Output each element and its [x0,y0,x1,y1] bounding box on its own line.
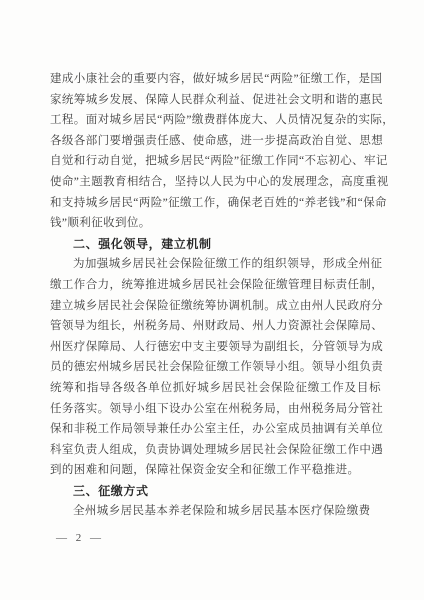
text-line: 自觉和行动自觉，把城乡居民“两险”征缴工作同“不忘初心、牢记 [50,151,381,172]
document-body: 建成小康社会的重要内容，做好城乡居民“两险”征缴工作，是国 家统筹城乡发展、保障… [50,69,381,522]
text-line: 使命”主题教育相结合，坚持以人民为中心的发展理念，高度重视 [50,172,381,193]
text-line: 建立城乡居民社会保险征缴统筹协调机制。成立由州人民政府分 [50,296,381,317]
page-number: — 2 — [56,531,104,545]
text-line: 为加强城乡居民社会保险征缴工作的组织领导，形成全州征 [50,254,381,275]
text-line: 保和非税工作局领导兼任办公室主任，办公室成员抽调有关单位 [50,419,381,440]
text-line: 全州城乡居民基本养老保险和城乡居民基本医疗保险缴费 [50,501,381,522]
text-line: 科室负责人组成，负责协调处理城乡居民社会保险征缴工作中遇 [50,440,381,461]
text-line: 任务落实。领导小组下设办公室在州税务局，由州税务局分管社 [50,399,381,420]
document-page: 建成小康社会的重要内容，做好城乡居民“两险”征缴工作，是国 家统筹城乡发展、保障… [0,0,424,600]
text-line: 各级各部门要增强责任感、使命感，进一步提高政治自觉、思想 [50,131,381,152]
text-line: 管领导为组长，州税务局、州财政局、州人力资源社会保障局、 [50,316,381,337]
text-line: 和支持城乡居民“两险”征缴工作，确保老百姓的“养老钱”和“保命 [50,193,381,214]
text-line: 统筹和指导各级各单位抓好城乡居民社会保险征缴工作及目标 [50,378,381,399]
text-line: 建成小康社会的重要内容，做好城乡居民“两险”征缴工作，是国 [50,69,381,90]
section-heading-3: 三、征缴方式 [50,481,381,502]
text-line: 工程。面对城乡居民“两险”缴费群体庞大、人员情况复杂的实际， [50,110,381,131]
paragraph: 为加强城乡居民社会保险征缴工作的组织领导，形成全州征 缴工作合力，统筹推进城乡居… [50,254,381,481]
text-line: 缴工作合力，统筹推进城乡居民社会保险征缴管理目标责任制， [50,275,381,296]
text-line: 员的德宏州城乡居民社会保险征缴工作领导小组。领导小组负责 [50,357,381,378]
text-line: 家统筹城乡发展、保障人民群众利益、促进社会文明和谐的惠民 [50,90,381,111]
text-line: 到的困难和问题，保障社保资金安全和征缴工作平稳推进。 [50,460,381,481]
paragraph: 建成小康社会的重要内容，做好城乡居民“两险”征缴工作，是国 家统筹城乡发展、保障… [50,69,381,234]
text-line: 州医疗保障局、人行德宏中支主要领导为副组长，分管领导为成 [50,337,381,358]
text-line: 钱”顺利征收到位。 [50,213,381,234]
section-heading-2: 二、强化领导，建立机制 [50,234,381,255]
paragraph: 全州城乡居民基本养老保险和城乡居民基本医疗保险缴费 [50,501,381,522]
